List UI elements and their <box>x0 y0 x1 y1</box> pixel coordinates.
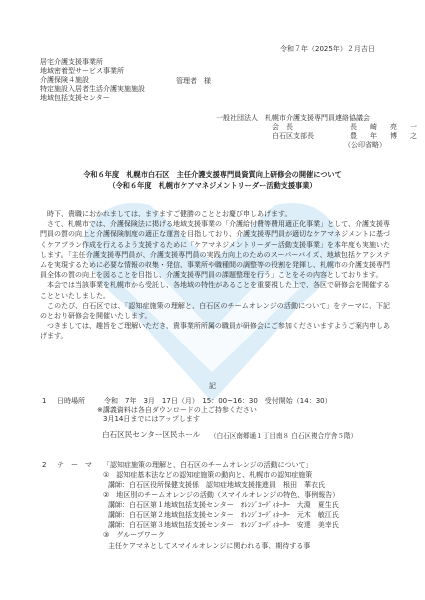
body-paragraph: このたび、白石区では、「認知症施策の理解と、白石区のチームオレンジの活動について… <box>40 301 390 321</box>
body-text: 時下、貴職におかれましては、ますますご健勝のこととお慶び申しあげます。 さて、札… <box>40 209 390 342</box>
section-number: 2 <box>42 461 46 470</box>
signatory-name: 豊 年 博 之 <box>330 132 420 141</box>
lecturer: 講師：白石区第２地域包括支援センター ｵﾚﾝｼﾞｺｰﾃﾞｨﾈｰﾀｰ 元木 敏江氏 <box>108 511 339 520</box>
signatory: 白石区支部長 豊 年 博 之 <box>216 132 420 141</box>
recipient-list: 居宅介護支援事業所 地域密着型サービス事業所 介護保険４施設 特定施設入居者生活… <box>40 58 145 103</box>
recipient: 介護保険４施設 <box>40 76 145 85</box>
recipient: 居宅介護支援事業所 <box>40 58 145 67</box>
lecturer: 講師：白石区役所保健支援係 認知症地域支援推進員 根田 華衣氏 <box>108 481 325 490</box>
recipient-honorific: 管理者 様 <box>176 76 211 86</box>
document-subtitle: （令和６年度 札幌市ケアマネジメントリーダー活動支援事業） <box>0 181 425 190</box>
event-datetime: 令和 7年 3月 17日（月） 15：00~16：30 受付開始（14：30） <box>104 397 332 406</box>
signatory: 会 長 長 崎 亮 一 <box>216 123 420 132</box>
groupwork-description: 主任ケアマネとしてスマイルオレンジに関われる事、期待する事 <box>108 542 310 551</box>
venue-name: 白石区民センター区民ホール <box>102 429 200 440</box>
signatory-name: 長 崎 亮 一 <box>330 123 420 132</box>
recipient: 地域包括支援センター <box>40 94 145 103</box>
section-label: 日時場所 <box>57 397 85 406</box>
sender-organization: 一般社団法人 札幌市介護支援専門員連絡協議会 <box>216 114 420 123</box>
theme-item: ② 地区別のチームオレンジの活動（スマイルオレンジの特色、事例報告） <box>103 491 339 500</box>
theme-title: 「認知症施策の理解と、白石区のチームオレンジの活動について」 <box>103 461 313 470</box>
theme-item: ③ グループワーク <box>103 531 165 540</box>
event-note: ※講義資料は各自ダウンロードの上ご持参ください <box>97 406 257 415</box>
document-title: 令和６年度 札幌市白石区 主任介護支援専門員資質向上研修会の開催について <box>0 170 425 179</box>
signatory-role: 白石区支部長 <box>216 132 330 141</box>
ki-heading: 記 <box>0 381 425 391</box>
body-paragraph: つきましては、趣旨をご理解いただき、貴事業所所属の職員が研修会にご参加くださいま… <box>40 321 390 341</box>
seal-note: （公印省略） <box>216 141 420 150</box>
body-paragraph: さて、札幌市では、介護保険法に掲げる地域支援事業の「介護給付費等費用適正化事業」… <box>40 219 390 280</box>
recipient: 地域密着型サービス事業所 <box>40 67 145 76</box>
sender-block: 一般社団法人 札幌市介護支援専門員連絡協議会 会 長 長 崎 亮 一 白石区支部… <box>216 114 420 150</box>
theme-item: ① 認知症基本法などの認知症施策の動向と、札幌市の認知症施策 <box>103 471 312 480</box>
event-note: 3月14日までにはアップします <box>103 415 200 424</box>
section-label: テ ー マ <box>57 461 92 470</box>
lecturer: 講師：白石区第１地域包括支援センター ｵﾚﾝｼﾞｺｰﾃﾞｨﾈｰﾀｰ 大淵 夏生氏 <box>108 501 339 510</box>
issue-date: 令和７年（2025年）２月吉日 <box>280 44 375 54</box>
document-page: 令和７年（2025年）２月吉日 居宅介護支援事業所 地域密着型サービス事業所 介… <box>0 0 425 600</box>
venue-address: （白石区南郷通１丁目南８ 白石区複合庁舎５階） <box>210 430 357 440</box>
signatory-role: 会 長 <box>216 123 330 132</box>
body-paragraph: 本会では当該事業を札幌市から受託し、各地域の特性があることを重要視した上で、各区… <box>40 280 390 300</box>
recipient: 特定施設入居者生活介護実施施設 <box>40 85 145 94</box>
section-number: 1 <box>42 397 46 406</box>
body-paragraph: 時下、貴職におかれましては、ますますご健勝のこととお慶び申しあげます。 <box>40 209 390 219</box>
lecturer: 講師：白石区第３地域包括支援センター ｵﾚﾝｼﾞｺｰﾃﾞｨﾈｰﾀｰ 安達 美幸氏 <box>108 521 339 530</box>
